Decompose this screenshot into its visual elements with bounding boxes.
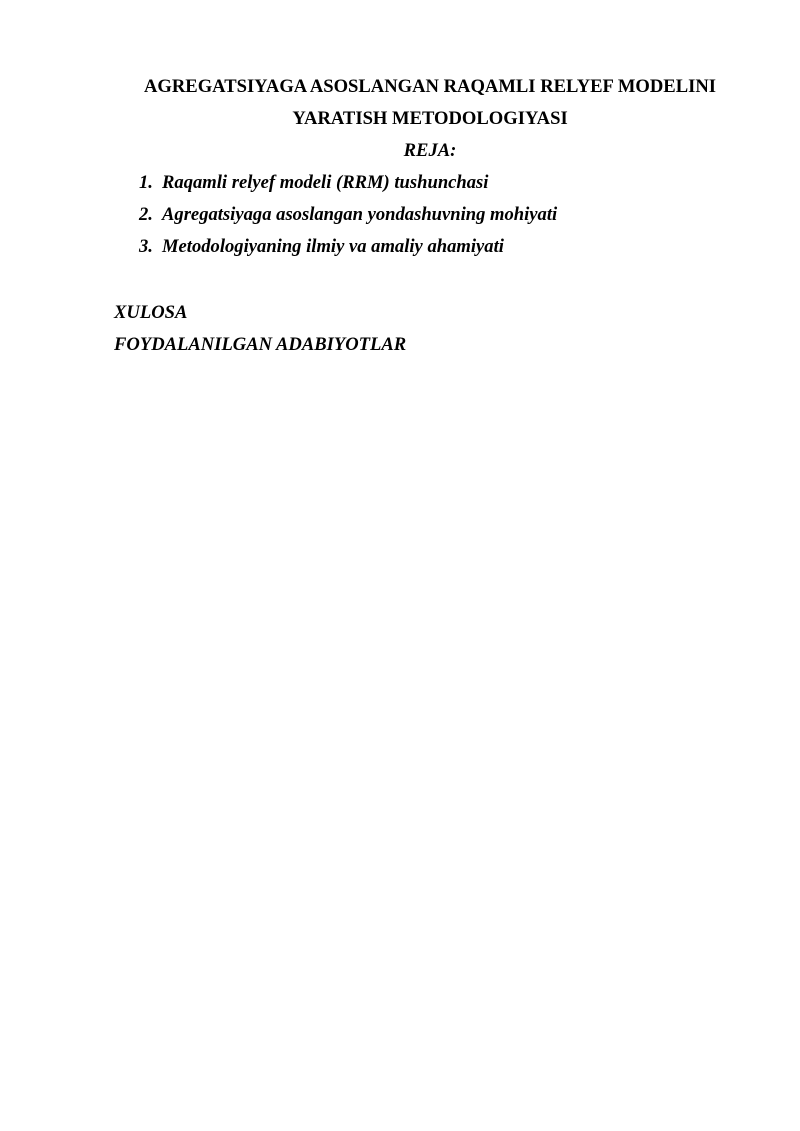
plan-item-text: Raqamli relyef modeli (RRM) tushunchasi [162,172,488,193]
document-title-line-1: AGREGATSIYAGA ASOSLANGAN RAQAMLI RELYEF … [0,76,800,98]
plan-item-number: 1. [139,172,162,194]
plan-item-text: Agregatsiyaga asoslangan yondashuvning m… [162,204,557,225]
plan-item-number: 2. [139,204,162,226]
plan-item: 2.Agregatsiyaga asoslangan yondashuvning… [139,204,557,236]
plan-item-number: 3. [139,236,162,258]
references-heading: FOYDALANILGAN ADABIYOTLAR [114,334,406,356]
plan-heading: REJA: [0,140,800,162]
plan-item: 1.Raqamli relyef modeli (RRM) tushunchas… [139,172,557,204]
plan-list: 1.Raqamli relyef modeli (RRM) tushunchas… [139,172,557,268]
document-title-line-2: YARATISH METODOLOGIYASI [0,108,800,130]
document-page: AGREGATSIYAGA ASOSLANGAN RAQAMLI RELYEF … [0,0,800,1131]
plan-item-text: Metodologiyaning ilmiy va amaliy ahamiya… [162,236,504,257]
conclusion-heading: XULOSA [114,302,187,324]
plan-item: 3.Metodologiyaning ilmiy va amaliy ahami… [139,236,557,268]
